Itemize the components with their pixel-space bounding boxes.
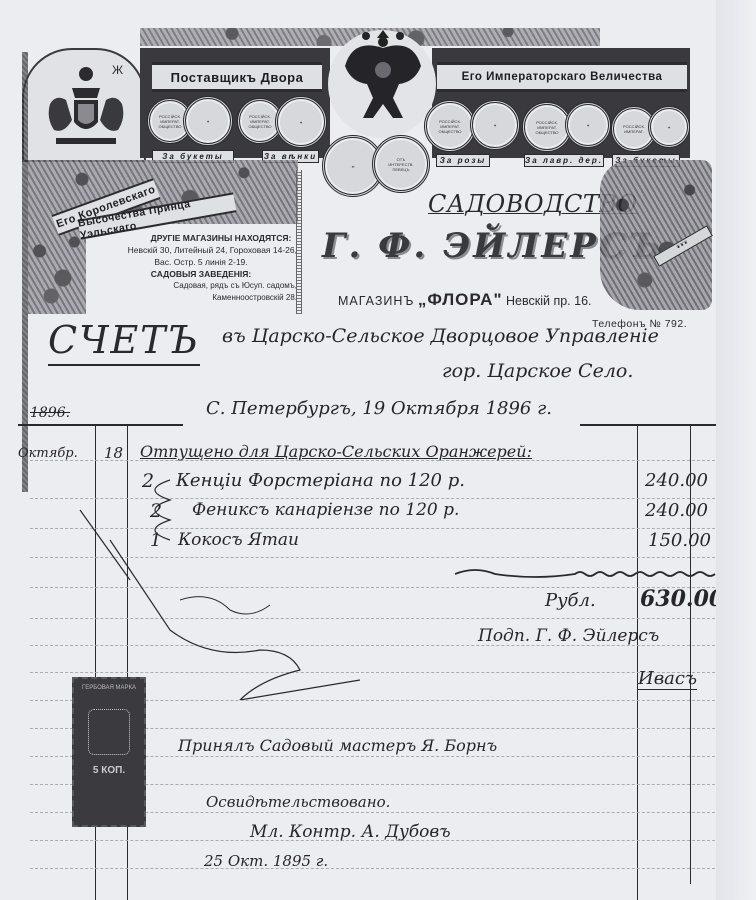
stamp-value: 5 коп.	[74, 765, 144, 776]
items-heading: Отпущено для Царско-Сельских Оранжерей:	[140, 442, 532, 461]
medal: ✦	[275, 96, 327, 148]
medal: ✦	[183, 96, 233, 146]
total-label: Рубл.	[545, 590, 596, 611]
ruled-line	[30, 868, 720, 869]
day-label: 18	[104, 444, 123, 462]
shop-address: Невскій пр. 16.	[506, 294, 591, 308]
medal: ✦	[565, 102, 611, 148]
shop-name: „ФЛОРА"	[418, 290, 503, 309]
month-label: Октябр.	[18, 446, 78, 461]
table-top-rule-right	[580, 424, 720, 426]
svg-text:Ж: Ж	[112, 63, 123, 77]
medal: ОТЪИНТЕРЕСТВ.ПЕВЕЦЪ	[372, 135, 430, 193]
approval-line: Освидѣтельствовано.	[206, 793, 390, 811]
approval-date: 25 Окт. 1895 г.	[204, 852, 328, 870]
gardens-line: Садовая, рядъ съ Юсуп. садомъ, Каменноос…	[105, 280, 297, 304]
merchant-signature-name: Ивасъ	[638, 668, 697, 690]
table-top-rule	[18, 424, 183, 426]
place-and-date: С. Петербургъ, 19 Октября 1896 г.	[206, 398, 552, 419]
medal-ribbon-laurel: За лавр. дер.	[524, 154, 604, 167]
other-shops-heading: Другіе магазины находятся:	[105, 232, 297, 244]
wavy-total-separator	[455, 566, 725, 580]
item-amount: 150.00	[648, 530, 711, 551]
merchant-signature: Подп. Г. Ф. Эйлерсъ	[478, 626, 659, 646]
other-shops-line1: Невскій 30, Литейный 24, Гороховая 14-26…	[105, 244, 297, 256]
addressee-line1: въ Царско-Сельское Дворцовое Управленіе	[222, 325, 659, 347]
stamp-top-text: Гербовая марка	[78, 685, 140, 692]
medal-ribbon-roses: За розы	[436, 154, 490, 167]
branch-shops-border	[296, 170, 302, 314]
item-amount: 240.00	[645, 470, 708, 491]
double-headed-eagle-icon	[338, 26, 428, 126]
shop-prefix: Магазинъ	[338, 294, 414, 308]
medal: ✦	[648, 106, 690, 148]
item-amount: 240.00	[645, 500, 708, 521]
page-edge-shadow	[716, 0, 756, 900]
left-floral-ornament-lower	[28, 224, 86, 314]
other-shops-line2: Вас. Остр. 5 линія 2-19.	[105, 256, 297, 268]
invoice-title: Счетъ	[48, 318, 200, 366]
medal: ✦	[470, 100, 520, 150]
banner-supplier: Поставщикъ Двора	[152, 62, 322, 92]
medal: РОССІЙСК.ИМПЕРАТ.ОБЩЕСТВО	[424, 100, 476, 152]
royal-coat-of-arms-icon: Ж	[42, 60, 130, 152]
gardens-heading: Садовыя заведенія:	[105, 268, 297, 280]
total-amount: 630.00	[640, 586, 724, 612]
approval-signature: Мл. Контр. А. Дубовъ	[250, 822, 451, 842]
year-label: 1896.	[30, 405, 70, 421]
shop-line: Магазинъ „ФЛОРА" Невскій пр. 16.	[338, 290, 592, 310]
banner-imperial-majesty: Его Императорскаго Величества	[437, 62, 687, 92]
addressee-line2: гор. Царское Село.	[442, 360, 633, 382]
strike-through-scribble	[60, 470, 390, 700]
revenue-stamp: Гербовая марка 5 коп.	[72, 677, 146, 827]
branch-shops-block: Другіе магазины находятся: Невскій 30, Л…	[105, 232, 297, 304]
stamp-frame	[88, 709, 130, 755]
invoice-document: Ж Поставщикъ Двора Его Императорскаго Ве…	[0, 0, 728, 900]
received-by-line: Принялъ Садовый мастеръ Я. Борнъ	[178, 736, 497, 755]
